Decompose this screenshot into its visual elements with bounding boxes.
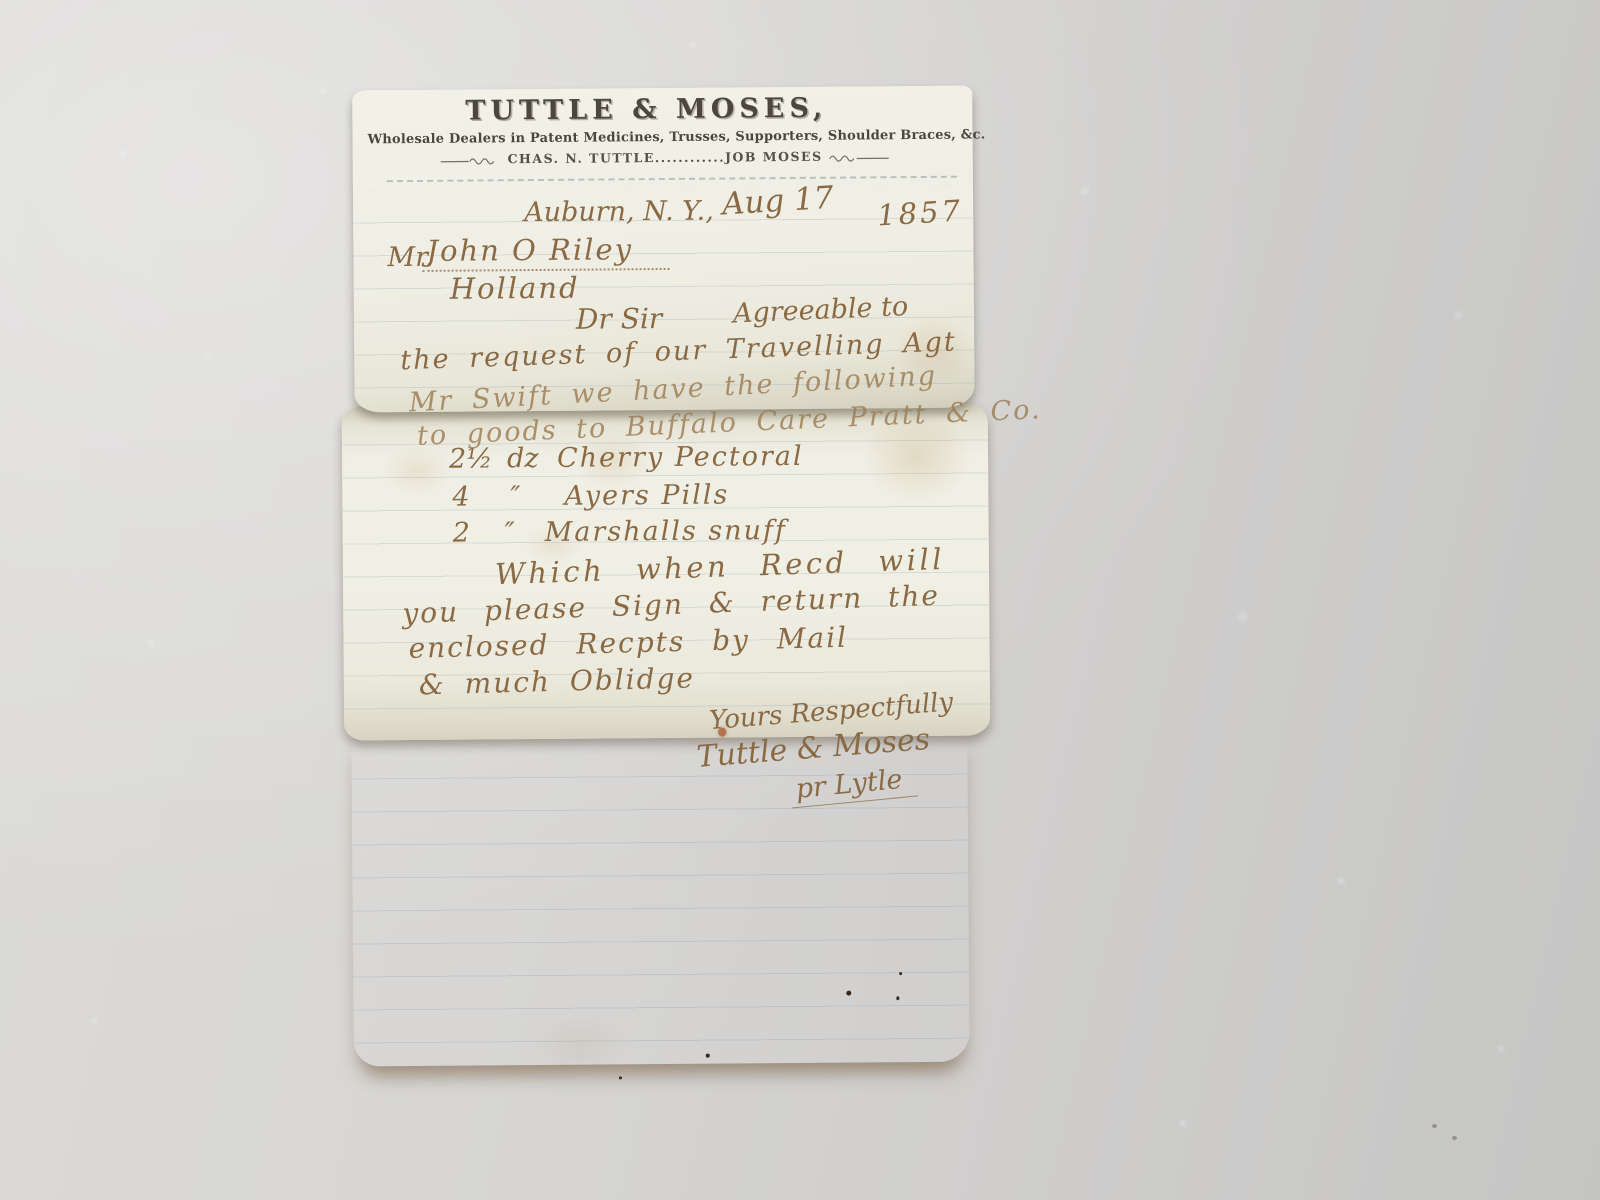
partner-left: CHAS. N. TUTTLE.: [508, 150, 661, 166]
body-salutation: Dr Sir: [576, 302, 663, 336]
ink-speck: [899, 972, 902, 975]
item-unit: ″: [505, 517, 515, 548]
photo-background: TUTTLE & MOSES, Wholesale Dealers in Pat…: [0, 0, 1600, 1200]
ink-speck: [619, 1076, 622, 1079]
recipient-name: John O Riley: [422, 232, 669, 272]
item-quantity: 2: [453, 518, 470, 549]
item-name: Marshalls snuff: [545, 515, 788, 548]
wall-texture-specks: [0, 0, 6, 6]
ink-speck: [846, 991, 851, 996]
flourish-right-icon: [828, 152, 890, 162]
item-name: Cherry Pectoral: [557, 441, 804, 474]
dateline-year: 1857: [876, 193, 964, 232]
paper-stain: [533, 1014, 623, 1075]
body-line-8: & much Oblidge: [418, 661, 695, 701]
recipient-location: Holland: [450, 271, 580, 306]
dateline-place: Auburn, N. Y.,: [524, 196, 714, 228]
wall-speck: [1452, 1136, 1457, 1140]
item-unit: ″: [510, 481, 520, 512]
ink-speck: [896, 996, 899, 1000]
item-name: Ayers Pills: [564, 480, 729, 512]
ink-speck: [706, 1054, 710, 1058]
letterhead-company-name: TUTTLE & MOSES,: [396, 92, 896, 127]
flourish-left-icon: [440, 155, 502, 165]
item-unit: dz: [507, 443, 539, 474]
letter-paper: TUTTLE & MOSES, Wholesale Dealers in Pat…: [339, 83, 993, 1068]
item-quantity: 4: [452, 482, 469, 513]
partner-dots: ...........: [661, 150, 725, 166]
item-quantity: 2½: [449, 443, 493, 474]
paper-stain: [382, 446, 452, 497]
partner-right: JOB MOSES: [725, 149, 823, 165]
wall-speck: [1432, 1124, 1437, 1128]
dateline-date: Aug 17: [721, 180, 834, 223]
